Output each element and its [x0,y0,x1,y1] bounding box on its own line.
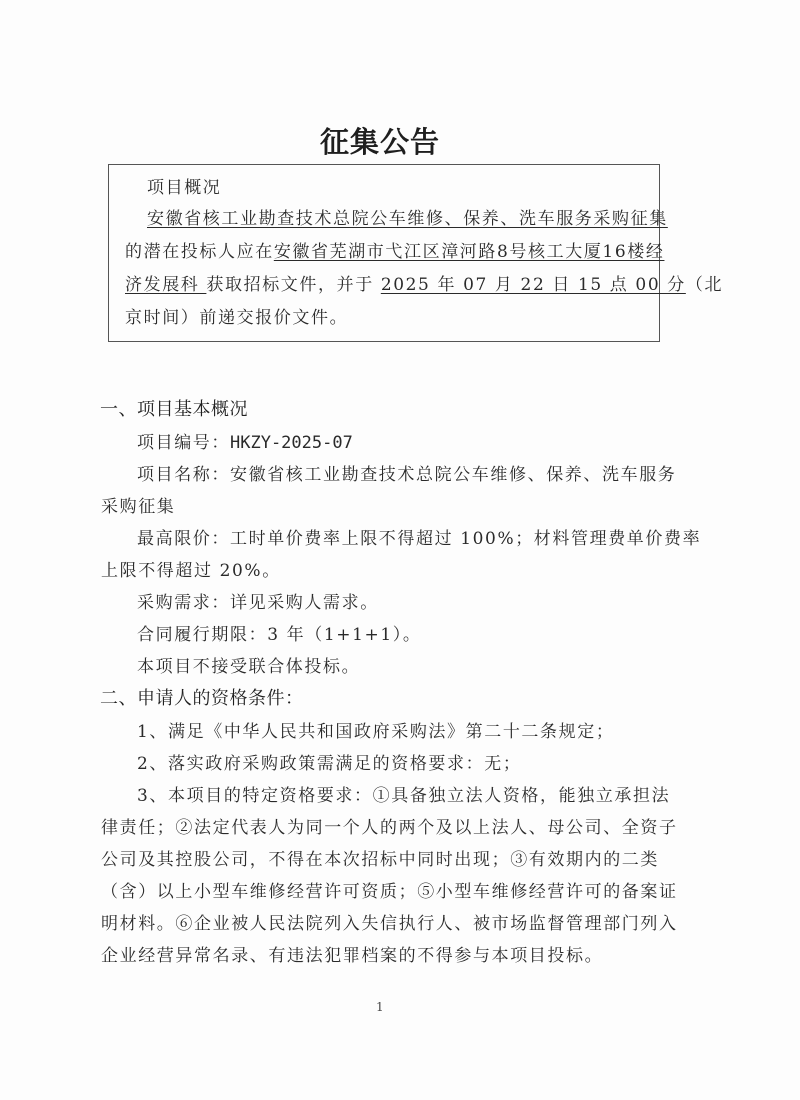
procurement-requirement: 采购需求：详见采购人需求。 [137,592,379,614]
qualification-item-3-line-6: 企业经营异常名录、有违法犯罪档案的不得参与本项目投标。 [101,945,603,967]
qualification-item-3-line-4: （含）以上小型车维修经营许可资质；⑤小型车维修经营许可的备案证 [101,881,678,903]
summary-line-2: 的潜在投标人应在安徽省芜湖市弋江区漳河路8号核工大厦16楼经 [125,241,664,263]
summary-text: 获取招标文件，并于 [206,275,380,295]
consortium-note: 本项目不接受联合体投标。 [137,656,360,678]
max-price-line-2: 上限不得超过 20%。 [101,560,281,582]
summary-line-4: 京时间）前递交报价文件。 [125,307,348,329]
qualification-item-2: 2、落实政府采购政策需满足的资格要求：无； [137,753,521,775]
qualification-item-3-line-1: 3、本项目的特定资格要求：①具备独立法人资格，能独立承担法 [137,785,670,807]
deadline-underlined: 2025 年 07 月 22 日 15 点 00 分 [381,275,686,295]
qualification-item-3-line-2: 律责任；②法定代表人为同一个人的两个及以上法人、母公司、全资子 [101,817,678,839]
qualification-item-1: 1、满足《中华人民共和国政府采购法》第二十二条规定； [137,721,614,743]
page-number: 1 [376,1000,384,1014]
qualification-item-3-line-5: 明材料。⑥企业被人民法院列入失信执行人、被市场监督管理部门列入 [101,913,678,935]
department-underlined: 济发展科 [125,275,206,295]
project-name-line-1: 项目名称：安徽省核工业勘查技术总院公车维修、保养、洗车服务 [137,464,676,486]
summary-heading: 项目概况 [147,177,221,199]
qualification-item-3-line-3: 公司及其控股公司，不得在本次招标中同时出现；③有效期内的二类 [101,849,659,871]
project-number-label: 项目编号： [137,433,230,453]
section-2-heading: 二、申请人的资格条件： [100,688,304,710]
project-name-underlined: 安徽省核工业勘查技术总院公车维修、保养、洗车服务采购征集 [147,209,668,229]
summary-text: 的潜在投标人应在 [125,242,274,262]
document-page: 征集公告 项目概况 安徽省核工业勘查技术总院公车维修、保养、洗车服务采购征集 的… [0,0,800,1100]
project-number-value: HKZY-2025-07 [230,433,353,453]
project-name-line-2: 采购征集 [101,496,175,518]
max-price-line-1: 最高限价：工时单价费率上限不得超过 100%；材料管理费单价费率 [137,528,701,550]
summary-line-3: 济发展科 获取招标文件，并于 2025 年 07 月 22 日 15 点 00 … [125,274,723,296]
summary-text: （北 [686,275,723,295]
section-1-heading: 一、项目基本概况 [100,399,248,421]
contract-period: 合同履行期限：3 年（1+1+1）。 [137,624,421,646]
project-number: 项目编号：HKZY-2025-07 [137,432,353,454]
project-summary-box: 项目概况 安徽省核工业勘查技术总院公车维修、保养、洗车服务采购征集 的潜在投标人… [108,164,660,342]
document-title: 征集公告 [0,120,760,161]
address-underlined: 安徽省芜湖市弋江区漳河路8号核工大厦16楼经 [274,242,665,262]
summary-line-1: 安徽省核工业勘查技术总院公车维修、保养、洗车服务采购征集 [147,208,668,230]
